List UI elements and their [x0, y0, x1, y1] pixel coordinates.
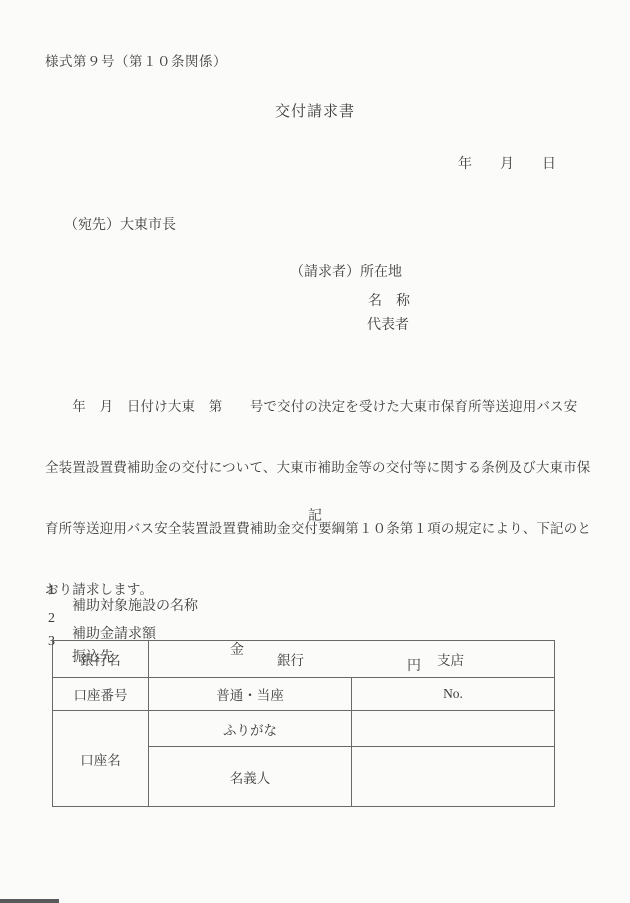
scan-artifact	[0, 899, 59, 903]
account-type-cell: 普通・当座	[149, 678, 352, 711]
account-number-value-cell: No.	[352, 678, 555, 711]
body-line: 全装置設置費補助金の交付について、大東市補助金等の交付等に関する条例及び大東市保	[45, 453, 590, 483]
claimant-name-label: 名 称	[368, 294, 410, 310]
bank-name-label-cell: 銀行名	[53, 641, 149, 678]
holder-label-cell: 名義人	[149, 747, 352, 807]
claimant-address-label: 所在地	[360, 265, 402, 280]
date-line: 年 月 日	[458, 157, 556, 173]
notice-mark: 記	[0, 509, 630, 525]
item-label: 補助対象施設の名称	[72, 599, 198, 615]
addressee-line: （宛先）大東市長	[64, 218, 176, 234]
table-row-bank-name: 銀行名 銀行 支店	[53, 641, 555, 678]
furigana-value-cell	[352, 711, 555, 747]
claimant-representative-label: 代表者	[367, 318, 409, 334]
claimant-address-line: （請求者）所在地	[290, 265, 402, 281]
form-number: 様式第９号（第１０条関係）	[45, 54, 227, 70]
table-row-furigana: 口座名 ふりがな	[53, 711, 555, 747]
document-page: 様式第９号（第１０条関係） 交付請求書 年 月 日 （宛先）大東市長 （請求者）…	[0, 0, 630, 903]
holder-value-cell	[352, 747, 555, 807]
claimant-label: （請求者）	[290, 265, 360, 280]
body-line: 年 月 日付け大東 第 号で交付の決定を受けた大東市保育所等送迎用バス安	[45, 392, 590, 422]
item-number: 1	[48, 583, 55, 599]
table-row-account-number: 口座番号 普通・当座 No.	[53, 678, 555, 711]
branch-suffix-label: 支店	[437, 649, 464, 669]
body-paragraph: 年 月 日付け大東 第 号で交付の決定を受けた大東市保育所等送迎用バス安 全装置…	[45, 361, 590, 636]
account-number-label-cell: 口座番号	[53, 678, 149, 711]
item-number: 2	[48, 611, 55, 627]
bank-transfer-table: 銀行名 銀行 支店 口座番号 普通・当座 No. 口座名 ふりがな 名義人	[52, 640, 555, 807]
bank-name-value-cell: 銀行 支店	[149, 641, 555, 678]
list-item-transfer-destination: 3 振込先	[0, 618, 14, 682]
furigana-label-cell: ふりがな	[149, 711, 352, 747]
account-name-label-cell: 口座名	[53, 711, 149, 807]
document-title: 交付請求書	[0, 104, 630, 121]
bank-suffix-label: 銀行	[277, 649, 304, 669]
